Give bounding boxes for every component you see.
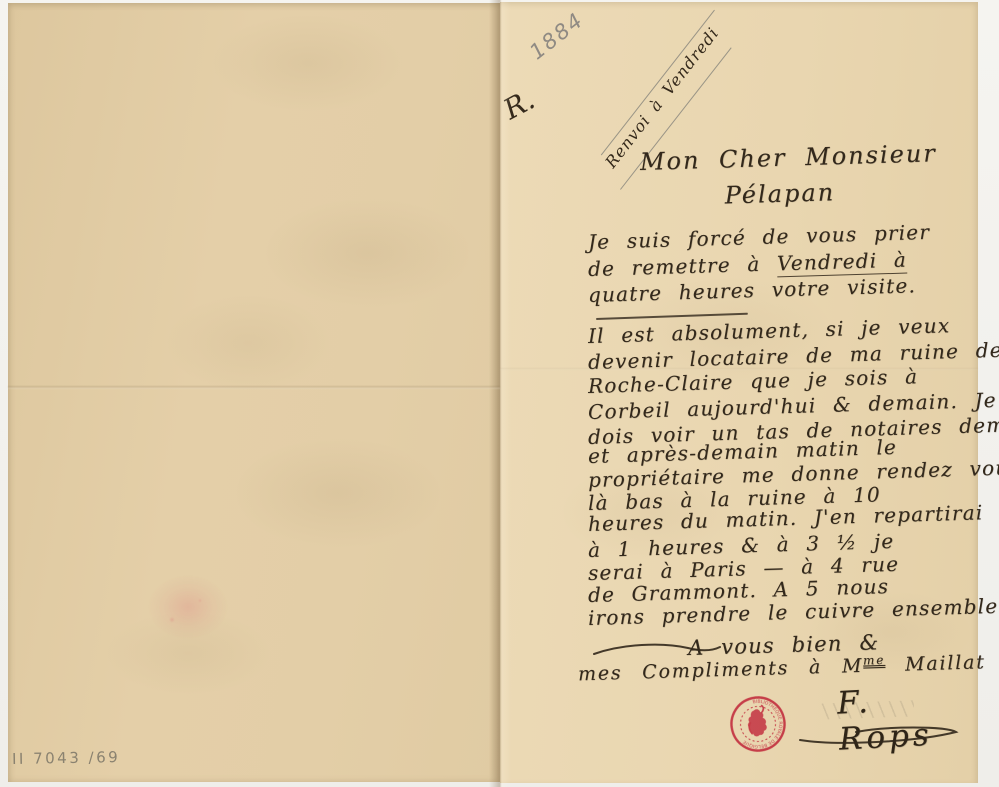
red-stamp-offset-stain — [148, 575, 228, 639]
underlined-text: Vendredi à — [777, 248, 908, 278]
letter-page-right: 1884 R. Renvoi à Vendredi Mon Cher Monsi… — [500, 2, 978, 783]
scanned-letter: II 7043 /69 1884 R. Renvoi à Vendredi Mo… — [0, 0, 999, 787]
signature-flourish — [796, 724, 976, 746]
diagonal-rule-top — [601, 10, 715, 156]
year-annotation: 1884 — [525, 8, 588, 65]
letter-text: de remettre à — [588, 251, 778, 281]
catalog-number: II 7043 /69 — [12, 748, 121, 768]
salutation-line: Mon Cher Monsieur — [640, 140, 921, 176]
salutation-name: Pélapan — [640, 176, 921, 212]
renvoi-initial: R. — [498, 83, 540, 126]
horizontal-crease-right — [500, 368, 978, 370]
ink-underline — [596, 313, 748, 320]
letter-text: Maillat — [905, 651, 986, 675]
horizontal-crease-left — [8, 386, 500, 389]
superscript-abbrev: me — [863, 653, 885, 668]
letter-page-left: II 7043 /69 — [8, 3, 500, 782]
royal-library-stamp-icon: BIBLIOTHÈQUE ROYALE DE BELGIQUE — [722, 688, 795, 761]
letter-text: mes Compliments à M — [578, 655, 864, 685]
